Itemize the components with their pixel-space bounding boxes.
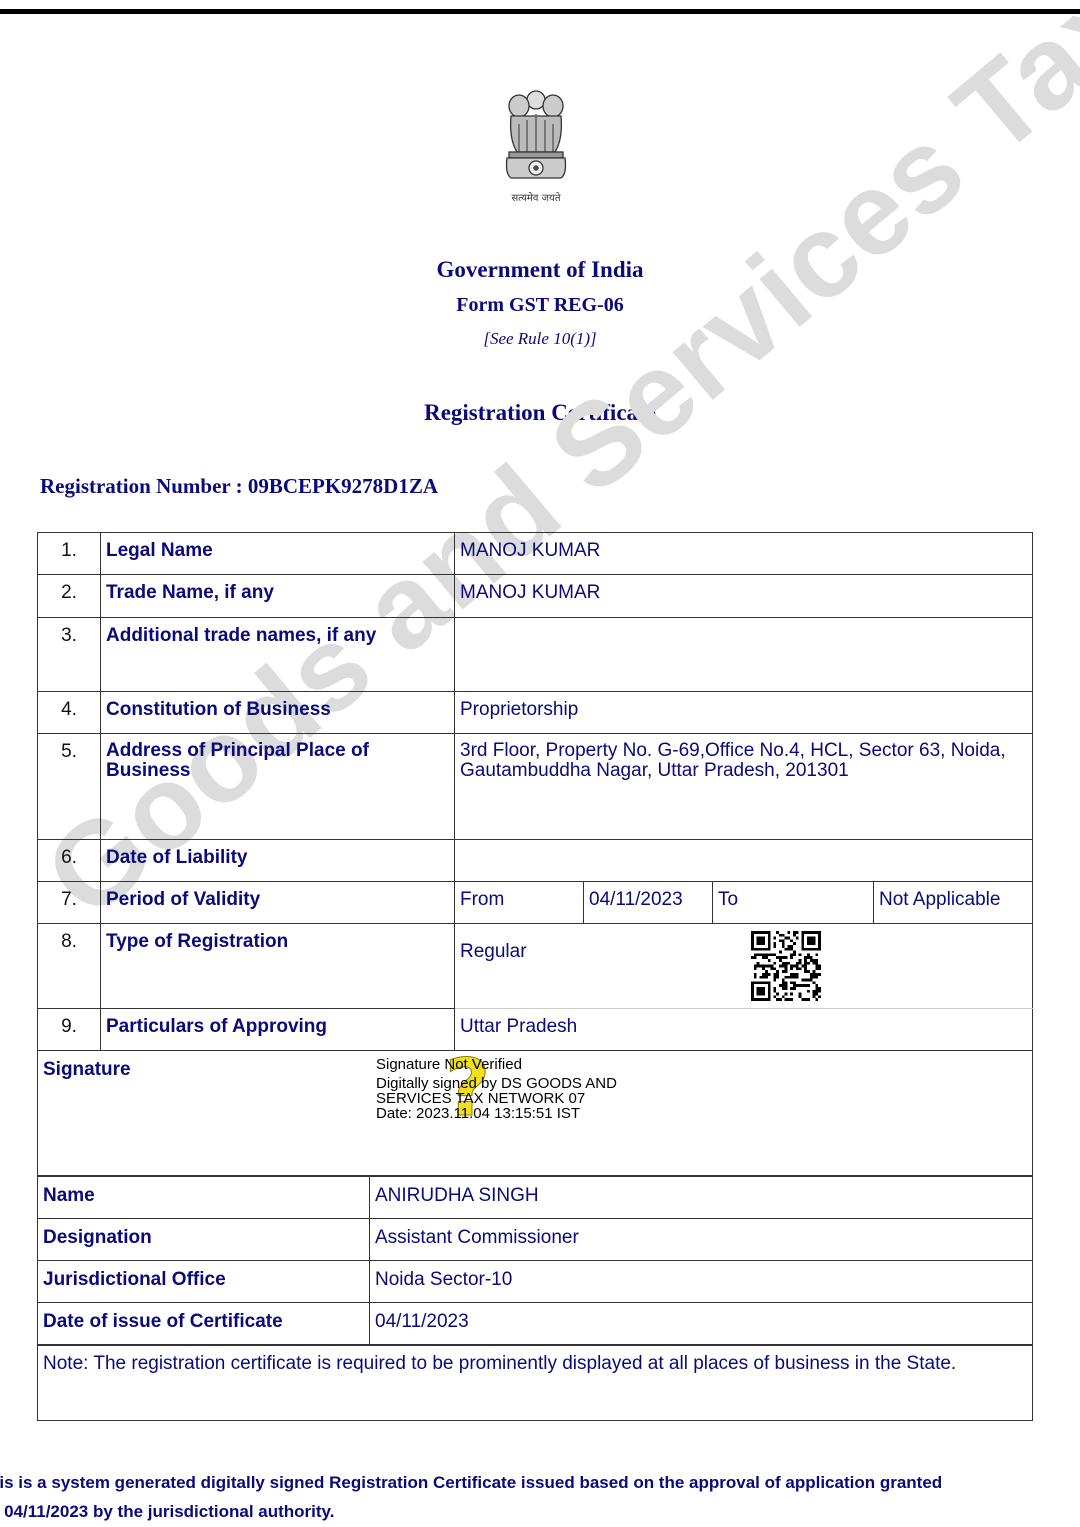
- table-row: 8. Type of Registration Regular: [38, 924, 1033, 1009]
- row-number: 3.: [38, 618, 101, 692]
- row-label: Period of Validity: [101, 882, 455, 924]
- row-number: 4.: [38, 692, 101, 734]
- row-number: 9.: [38, 1009, 101, 1051]
- table-row: Jurisdictional Office Noida Sector-10: [38, 1261, 1033, 1303]
- validity-to-value: Not Applicable: [874, 882, 1033, 924]
- validity-to-label: To: [713, 882, 874, 924]
- certificate-title: Registration Certificate: [0, 400, 1080, 426]
- footer-line1: his is a system generated digitally sign…: [0, 1468, 1079, 1497]
- row-label: Address of Principal Place of Business: [101, 734, 455, 840]
- row-number: 8.: [38, 924, 101, 1009]
- issue-date-value: 04/11/2023: [370, 1303, 1033, 1345]
- signature-status: Signature Not Verified: [376, 1057, 617, 1072]
- registration-number: Registration Number : 09BCEPK9278D1ZA: [40, 474, 438, 499]
- row-label: Particulars of Approving: [101, 1009, 455, 1051]
- trade-name-value: MANOJ KUMAR: [455, 575, 1033, 618]
- display-note: Note: The registration certificate is re…: [37, 1345, 1033, 1421]
- signed-by-line1: Digitally signed by DS GOODS AND: [376, 1076, 617, 1091]
- table-row: 6. Date of Liability: [38, 840, 1033, 882]
- date-of-liability-value: [455, 840, 1033, 882]
- government-title: Government of India: [0, 257, 1080, 283]
- footer-line2: n 04/11/2023 by the jurisdictional autho…: [0, 1497, 1079, 1526]
- constitution-value: Proprietorship: [455, 692, 1033, 734]
- signature-label: Signature: [43, 1059, 131, 1081]
- row-number: 7.: [38, 882, 101, 924]
- top-border-bar: [0, 9, 1080, 14]
- officer-label: Designation: [38, 1219, 370, 1261]
- table-row: 9. Particulars of Approving Uttar Prades…: [38, 1009, 1033, 1051]
- row-label: Date of Liability: [101, 840, 455, 882]
- table-row: 2. Trade Name, if any MANOJ KUMAR: [38, 575, 1033, 618]
- row-number: 1.: [38, 533, 101, 575]
- row-number: 2.: [38, 575, 101, 618]
- row-label: Legal Name: [101, 533, 455, 575]
- signature-date: Date: 2023.11.04 13:15:51 IST: [376, 1106, 617, 1121]
- table-row: 3. Additional trade names, if any: [38, 618, 1033, 692]
- row-label: Additional trade names, if any: [101, 618, 455, 692]
- approving-authority-value: Uttar Pradesh: [455, 1009, 1033, 1051]
- table-row: 1. Legal Name MANOJ KUMAR: [38, 533, 1033, 575]
- officer-label: Jurisdictional Office: [38, 1261, 370, 1303]
- registration-type-value: Regular: [455, 924, 1033, 1009]
- officer-label: Date of issue of Certificate: [38, 1303, 370, 1345]
- rule-reference: [See Rule 10(1)]: [0, 329, 1080, 349]
- designation-value: Assistant Commissioner: [370, 1219, 1033, 1261]
- row-label: Constitution of Business: [101, 692, 455, 734]
- table-row: Designation Assistant Commissioner: [38, 1219, 1033, 1261]
- officer-name-value: ANIRUDHA SINGH: [370, 1177, 1033, 1219]
- row-label: Type of Registration: [101, 924, 455, 1009]
- row-label: Trade Name, if any: [101, 575, 455, 618]
- row-number: 6.: [38, 840, 101, 882]
- officer-table: Name ANIRUDHA SINGH Designation Assistan…: [37, 1176, 1033, 1345]
- jurisdictional-office-value: Noida Sector-10: [370, 1261, 1033, 1303]
- emblem-motto: सत्यमेव जयते: [497, 190, 575, 204]
- table-row: 4. Constitution of Business Proprietorsh…: [38, 692, 1033, 734]
- table-row: 7. Period of Validity From 04/11/2023 To…: [38, 882, 1033, 924]
- system-generated-footer: his is a system generated digitally sign…: [0, 1468, 1079, 1526]
- address-value: 3rd Floor, Property No. G-69,Office No.4…: [455, 734, 1033, 840]
- signature-block: Signature Signature Not Verified Digital…: [37, 1050, 1033, 1176]
- table-row: 5. Address of Principal Place of Busines…: [38, 734, 1033, 840]
- officer-label: Name: [38, 1177, 370, 1219]
- national-emblem-icon: [497, 84, 575, 206]
- table-row: Name ANIRUDHA SINGH: [38, 1177, 1033, 1219]
- form-title: Form GST REG-06: [0, 294, 1080, 317]
- table-row: Date of issue of Certificate 04/11/2023: [38, 1303, 1033, 1345]
- details-table: 1. Legal Name MANOJ KUMAR 2. Trade Name,…: [37, 532, 1033, 1051]
- additional-trade-names-value: [455, 618, 1033, 692]
- qr-code: [751, 931, 821, 1001]
- signed-by-line2: SERVICES TAX NETWORK 07: [376, 1091, 617, 1106]
- legal-name-value: MANOJ KUMAR: [455, 533, 1033, 575]
- digital-signature-info: Signature Not Verified Digitally signed …: [376, 1057, 617, 1121]
- validity-from-label: From: [455, 882, 584, 924]
- row-number: 5.: [38, 734, 101, 840]
- validity-from-value: 04/11/2023: [584, 882, 713, 924]
